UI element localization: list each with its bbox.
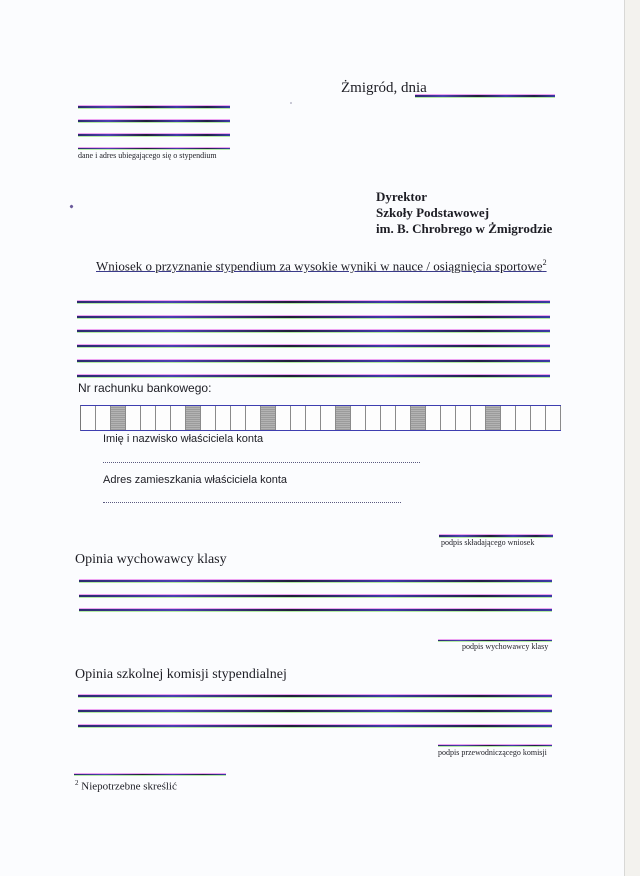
committee-signature-caption: podpis przewodniczącego komisji — [438, 748, 547, 757]
footnote-separator — [74, 774, 226, 775]
justification-line-5[interactable] — [77, 360, 550, 362]
account-digit-cell[interactable] — [501, 406, 516, 430]
account-digit-cell[interactable] — [96, 406, 111, 430]
account-digit-cell[interactable] — [441, 406, 456, 430]
account-digit-cell[interactable] — [81, 406, 96, 430]
account-separator-cell — [111, 406, 126, 430]
scan-artifact — [290, 102, 293, 105]
justification-line-1[interactable] — [77, 301, 550, 303]
bank-account-field[interactable] — [80, 405, 561, 431]
applicant-line-3[interactable] — [78, 134, 230, 136]
account-digit-cell[interactable] — [396, 406, 411, 430]
footnote-ref: 2 — [543, 258, 547, 267]
applicant-signature-caption: podpis składającego wniosek — [441, 538, 534, 547]
applicant-caption: dane i adres ubiegającego się o stypendi… — [78, 151, 217, 160]
account-separator-cell — [336, 406, 351, 430]
recipient-block: Dyrektor Szkoły Podstawowej im. B. Chrob… — [376, 189, 552, 237]
account-owner-name-field[interactable] — [103, 462, 420, 463]
account-digit-cell[interactable] — [546, 406, 561, 430]
account-owner-address-label: Adres zamieszkania właściciela konta — [103, 474, 287, 486]
teacher-signature-caption: podpis wychowawcy klasy — [462, 642, 548, 651]
account-digit-cell[interactable] — [366, 406, 381, 430]
account-digit-cell[interactable] — [351, 406, 366, 430]
recipient-line-3: im. B. Chrobrego w Żmigrodzie — [376, 221, 552, 237]
bank-account-label: Nr rachunku bankowego: — [78, 381, 211, 395]
committee-opinion-heading: Opinia szkolnej komisji stypendialnej — [75, 667, 287, 683]
teacher-opinion-line-2[interactable] — [79, 595, 552, 597]
city-date-label: Żmigród, dnia — [341, 80, 427, 96]
application-title: Wniosek o przyznanie stypendium za wysok… — [96, 258, 547, 274]
account-digit-cell[interactable] — [306, 406, 321, 430]
city-date-line: Żmigród, dnia — [341, 80, 427, 97]
application-title-text: Wniosek o przyznanie stypendium za wysok… — [96, 258, 543, 273]
footnote: 2 Niepotrzebne skreślić — [75, 779, 177, 793]
account-digit-cell[interactable] — [426, 406, 441, 430]
account-digit-cell[interactable] — [456, 406, 471, 430]
recipient-line-1: Dyrektor — [376, 189, 552, 205]
footnote-text: Niepotrzebne skreślić — [81, 781, 177, 793]
account-owner-address-field[interactable] — [103, 502, 401, 503]
account-digit-cell[interactable] — [171, 406, 186, 430]
account-digit-cell[interactable] — [471, 406, 486, 430]
account-digit-cell[interactable] — [516, 406, 531, 430]
account-digit-cell[interactable] — [276, 406, 291, 430]
justification-line-6[interactable] — [77, 375, 550, 377]
justification-line-3[interactable] — [77, 330, 550, 332]
committee-signature-line[interactable] — [438, 745, 552, 746]
account-digit-cell[interactable] — [531, 406, 546, 430]
committee-opinion-line-2[interactable] — [78, 710, 552, 712]
account-digit-cell[interactable] — [216, 406, 231, 430]
account-separator-cell — [486, 406, 501, 430]
scan-artifact — [69, 204, 73, 208]
justification-line-4[interactable] — [77, 345, 550, 347]
account-owner-name-label: Imię i nazwisko właściciela konta — [103, 433, 263, 445]
account-separator-cell — [186, 406, 201, 430]
applicant-line-4[interactable] — [78, 148, 230, 149]
teacher-opinion-heading: Opinia wychowawcy klasy — [75, 552, 227, 568]
justification-line-2[interactable] — [77, 316, 550, 318]
account-separator-cell — [261, 406, 276, 430]
committee-opinion-line-1[interactable] — [78, 695, 552, 697]
account-digit-cell[interactable] — [291, 406, 306, 430]
applicant-line-1[interactable] — [78, 106, 230, 108]
account-digit-cell[interactable] — [156, 406, 171, 430]
account-digit-cell[interactable] — [231, 406, 246, 430]
account-digit-cell[interactable] — [201, 406, 216, 430]
account-separator-cell — [411, 406, 426, 430]
footnote-marker: 2 — [75, 779, 79, 787]
account-digit-cell[interactable] — [141, 406, 156, 430]
account-digit-cell[interactable] — [126, 406, 141, 430]
account-digit-cell[interactable] — [381, 406, 396, 430]
applicant-line-2[interactable] — [78, 120, 230, 122]
applicant-signature-line[interactable] — [439, 535, 553, 537]
teacher-signature-line[interactable] — [438, 640, 552, 641]
date-field[interactable] — [415, 95, 555, 97]
recipient-line-2: Szkoły Podstawowej — [376, 205, 552, 221]
account-digit-cell[interactable] — [246, 406, 261, 430]
committee-opinion-line-3[interactable] — [78, 725, 552, 727]
scanner-page-edge — [624, 0, 640, 876]
account-digit-cell[interactable] — [321, 406, 336, 430]
teacher-opinion-line-1[interactable] — [79, 580, 552, 582]
document-page: Żmigród, dnia dane i adres ubiegającego … — [0, 0, 624, 876]
teacher-opinion-line-3[interactable] — [79, 609, 552, 611]
